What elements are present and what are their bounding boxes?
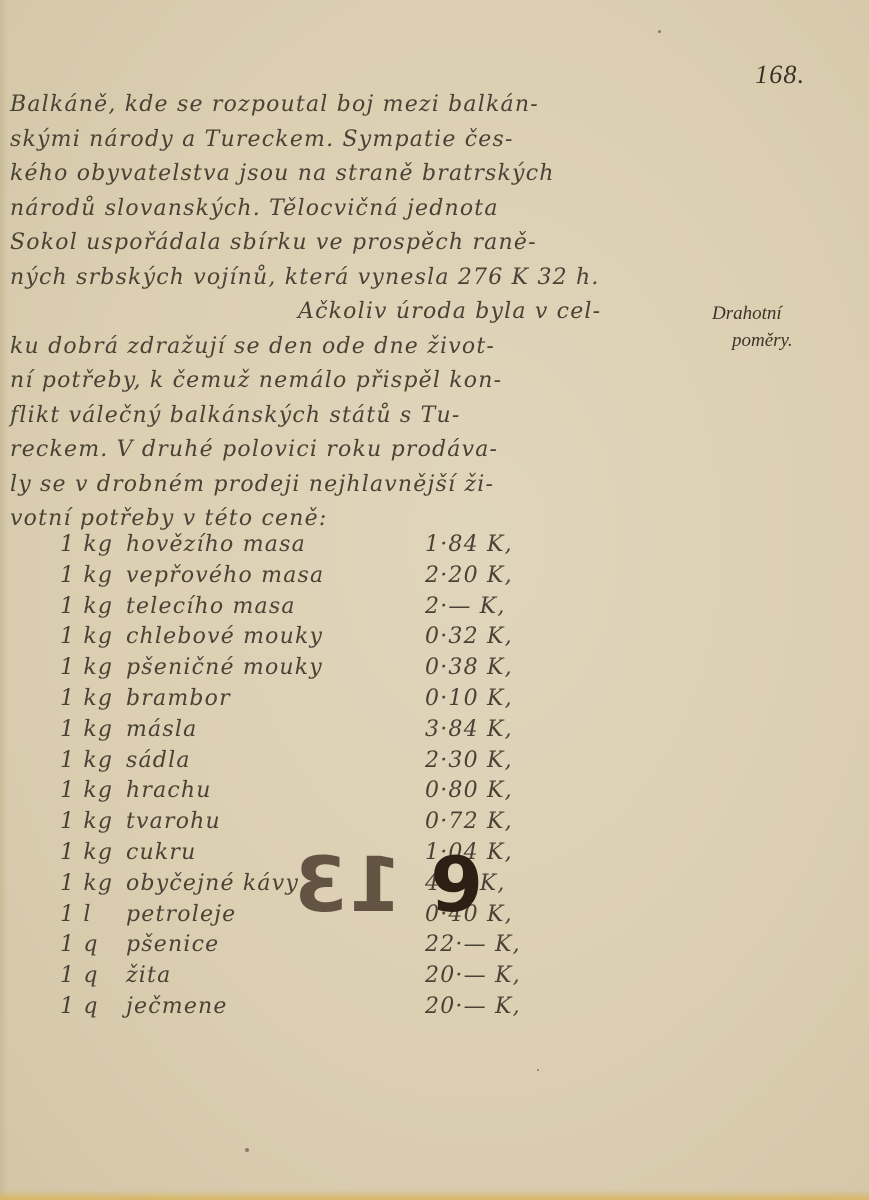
price-unit: 1 q bbox=[60, 930, 122, 961]
price-value: 2·— K, bbox=[425, 592, 560, 623]
price-row: 1 kg brambor 0·10 K, bbox=[60, 684, 560, 715]
price-unit: 1 kg bbox=[60, 561, 122, 592]
stamp-digit: 9 bbox=[430, 845, 485, 925]
price-row: 1 kg chlebové mouky 0·32 K, bbox=[60, 622, 560, 653]
price-item: pšeničné mouky bbox=[126, 653, 323, 684]
price-item: sádla bbox=[126, 746, 191, 777]
price-unit: 1 kg bbox=[60, 869, 122, 900]
price-value: 1·84 K, bbox=[425, 530, 560, 561]
price-item: žita bbox=[126, 961, 171, 992]
price-value: 22·— K, bbox=[425, 930, 560, 961]
text-line: ly se v drobném prodeji nejhlavnější ži- bbox=[10, 468, 710, 503]
price-row: 1 kg telecího masa 2·— K, bbox=[60, 592, 560, 623]
price-value: 0·32 K, bbox=[425, 622, 560, 653]
paper-speck bbox=[537, 1069, 539, 1071]
price-unit: 1 kg bbox=[60, 838, 122, 869]
price-value: 3·84 K, bbox=[425, 715, 560, 746]
text-line: skými národy a Tureckem. Sympatie čes- bbox=[10, 123, 710, 158]
price-item: chlebové mouky bbox=[126, 622, 323, 653]
price-row: 1 q žita 20·— K, bbox=[60, 961, 560, 992]
price-unit: 1 kg bbox=[60, 684, 122, 715]
text-line: národů slovanských. Tělocvičná jednota bbox=[10, 192, 710, 227]
manuscript-page: 168. Balkáně, kde se rozpoutal boj mezi … bbox=[0, 0, 869, 1200]
price-row: 1 kg pšeničné mouky 0·38 K, bbox=[60, 653, 560, 684]
price-item: ječmene bbox=[126, 992, 228, 1023]
price-item: brambor bbox=[126, 684, 231, 715]
price-unit: 1 kg bbox=[60, 776, 122, 807]
price-row: 1 kg vepřového masa 2·20 K, bbox=[60, 561, 560, 592]
price-row: 1 kg sádla 2·30 K, bbox=[60, 746, 560, 777]
price-unit: 1 kg bbox=[60, 715, 122, 746]
price-unit: 1 q bbox=[60, 961, 122, 992]
price-item: hrachu bbox=[126, 776, 212, 807]
price-value: 2·20 K, bbox=[425, 561, 560, 592]
price-row: 1 kg hrachu 0·80 K, bbox=[60, 776, 560, 807]
page-number: 168. bbox=[755, 60, 805, 90]
price-item: cukru bbox=[126, 838, 197, 869]
margin-note-line: poměry. bbox=[712, 327, 862, 354]
price-unit: 1 q bbox=[60, 992, 122, 1023]
price-row: 1 q pšenice 22·— K, bbox=[60, 930, 560, 961]
text-line: flikt válečný balkánských států s Tu- bbox=[10, 399, 710, 434]
ink-stamp-913: 13 9 bbox=[292, 845, 485, 925]
price-unit: 1 kg bbox=[60, 746, 122, 777]
price-value: 2·30 K, bbox=[425, 746, 560, 777]
text-line: ní potřeby, k čemuž nemálo přispěl kon- bbox=[10, 364, 710, 399]
price-row: 1 q ječmene 20·— K, bbox=[60, 992, 560, 1023]
price-unit: 1 kg bbox=[60, 622, 122, 653]
paper-speck bbox=[245, 1148, 249, 1152]
chronicle-text: Balkáně, kde se rozpoutal boj mezi balká… bbox=[10, 88, 710, 537]
price-value: 0·72 K, bbox=[425, 807, 560, 838]
price-item: másla bbox=[126, 715, 197, 746]
price-value: 0·80 K, bbox=[425, 776, 560, 807]
text-line: reckem. V druhé polovici roku prodáva- bbox=[10, 433, 710, 468]
price-value: 0·38 K, bbox=[425, 653, 560, 684]
text-line: kého obyvatelstva jsou na straně bratrsk… bbox=[10, 157, 710, 192]
price-value: 20·— K, bbox=[425, 961, 560, 992]
text-line: Sokol uspořádala sbírku ve prospěch raně… bbox=[10, 226, 710, 261]
text-line: ných srbských vojínů, která vynesla 276 … bbox=[10, 261, 710, 296]
paragraph-start: Ačkoliv úroda byla v cel- bbox=[10, 295, 710, 330]
margin-note: Drahotní poměry. bbox=[712, 300, 862, 354]
price-unit: 1 kg bbox=[60, 653, 122, 684]
price-unit: 1 kg bbox=[60, 807, 122, 838]
price-item: tvarohu bbox=[126, 807, 221, 838]
paper-speck bbox=[658, 30, 661, 33]
text-line: Balkáně, kde se rozpoutal boj mezi balká… bbox=[10, 88, 710, 123]
price-item: petroleje bbox=[126, 900, 236, 931]
price-unit: 1 l bbox=[60, 900, 122, 931]
price-item: obyčejné kávy bbox=[126, 869, 299, 900]
price-list: 1 kg hovězího masa 1·84 K, 1 kg vepřovéh… bbox=[60, 530, 560, 1023]
text-line: ku dobrá zdražují se den ode dne život- bbox=[10, 330, 710, 365]
price-row: 1 kg hovězího masa 1·84 K, bbox=[60, 530, 560, 561]
price-item: pšenice bbox=[126, 930, 219, 961]
price-unit: 1 kg bbox=[60, 592, 122, 623]
price-unit: 1 kg bbox=[60, 530, 122, 561]
price-item: telecího masa bbox=[126, 592, 296, 623]
price-value: 0·10 K, bbox=[425, 684, 560, 715]
margin-note-line: Drahotní bbox=[712, 300, 862, 327]
stamp-mirrored-digits: 13 bbox=[292, 845, 402, 925]
price-item: hovězího masa bbox=[126, 530, 306, 561]
price-item: vepřového masa bbox=[126, 561, 324, 592]
price-value: 20·— K, bbox=[425, 992, 560, 1023]
price-row: 1 kg másla 3·84 K, bbox=[60, 715, 560, 746]
price-row: 1 kg tvarohu 0·72 K, bbox=[60, 807, 560, 838]
